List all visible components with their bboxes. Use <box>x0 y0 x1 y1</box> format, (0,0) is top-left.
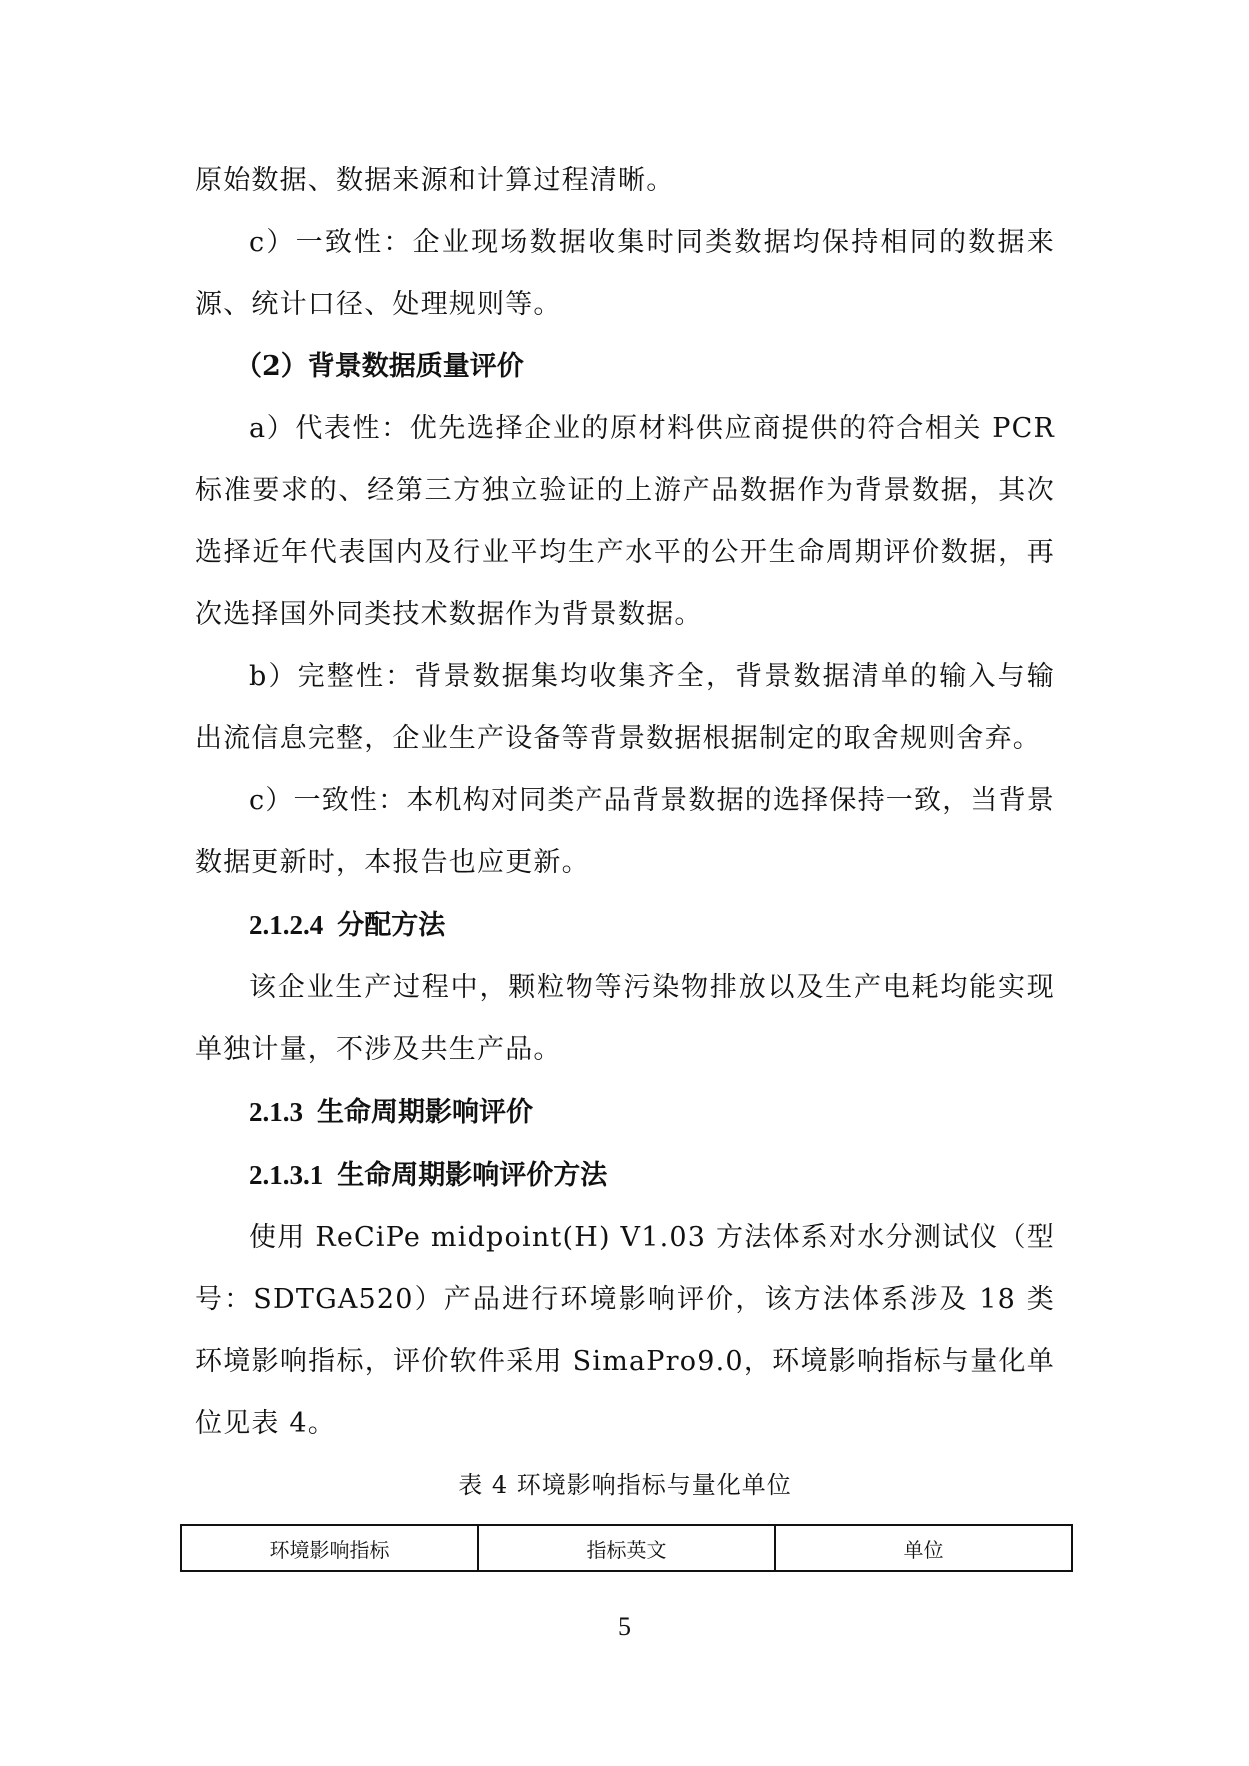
paragraph: a）代表性：优先选择企业的原材料供应商提供的符合相关 PCR 标准要求的、经第三… <box>195 398 1055 646</box>
section-number: 2.1.3.1 <box>249 1160 323 1190</box>
section-heading: 2.1.3.1生命周期影响评价方法 <box>195 1144 1055 1207</box>
subheading-background-data: （2）背景数据质量评价 <box>195 336 1055 398</box>
paragraph: c）一致性：本机构对同类产品背景数据的选择保持一致，当背景数据更新时，本报告也应… <box>195 770 1055 894</box>
paragraph: 使用 ReCiPe midpoint(H) V1.03 方法体系对水分测试仪（型… <box>195 1207 1055 1455</box>
indicator-table: 环境影响指标 指标英文 单位 <box>180 1524 1073 1572</box>
document-page: 原始数据、数据来源和计算过程清晰。 c）一致性：企业现场数据收集时同类数据均保持… <box>195 150 1055 1517</box>
section-number: 2.1.2.4 <box>249 910 323 940</box>
table-header-row: 环境影响指标 指标英文 单位 <box>181 1525 1072 1571</box>
paragraph: b）完整性：背景数据集均收集齐全，背景数据清单的输入与输出流信息完整，企业生产设… <box>195 646 1055 770</box>
section-title: 生命周期影响评价方法 <box>337 1160 607 1191</box>
table-caption: 表 4 环境影响指标与量化单位 <box>195 1465 1055 1505</box>
section-number: 2.1.3 <box>249 1097 303 1127</box>
table-header-cell: 单位 <box>775 1525 1072 1571</box>
paragraph: c）一致性：企业现场数据收集时同类数据均保持相同的数据来源、统计口径、处理规则等… <box>195 212 1055 336</box>
section-title: 生命周期影响评价 <box>317 1097 533 1128</box>
section-heading: 2.1.2.4分配方法 <box>195 894 1055 957</box>
paragraph: 该企业生产过程中，颗粒物等污染物排放以及生产电耗均能实现单独计量，不涉及共生产品… <box>195 957 1055 1081</box>
table-header-cell: 指标英文 <box>478 1525 775 1571</box>
section-heading: 2.1.3生命周期影响评价 <box>195 1081 1055 1144</box>
page-number: 5 <box>0 1612 1249 1642</box>
section-title: 分配方法 <box>337 910 445 941</box>
paragraph: 原始数据、数据来源和计算过程清晰。 <box>195 150 1055 212</box>
table-header-cell: 环境影响指标 <box>181 1525 478 1571</box>
